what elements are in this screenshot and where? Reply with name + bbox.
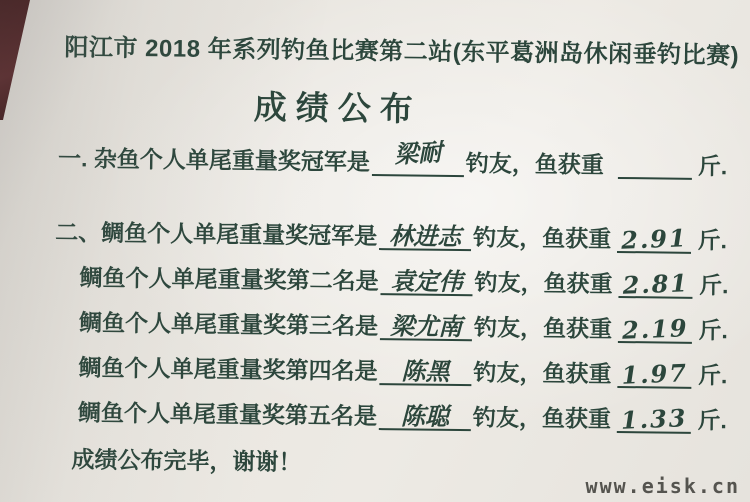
handwritten-name-underline: 陈黑 xyxy=(379,359,471,386)
closing-text: 成绩公布完毕，谢谢！ xyxy=(71,441,301,477)
result-suffix: 斤. xyxy=(697,402,727,435)
result-middle: 钓友，鱼获重 xyxy=(473,354,611,389)
handwritten-name: 陈聪 xyxy=(401,401,449,431)
result-row-bream-third: 鲷鱼个人单尾重量奖第三名是 梁尤南 钓友，鱼获重 2.19 斤. xyxy=(79,304,749,357)
handwritten-name-underline: 袁定伟 xyxy=(380,269,472,296)
paper-sheet: 阳江市 2018 年系列钓鱼比赛第二站(东平葛洲岛休闲垂钓比赛) 成绩公布 一.… xyxy=(0,0,750,502)
handwritten-weight: 2.91 xyxy=(621,226,688,253)
result-row-bream-fourth: 鲷鱼个人单尾重量奖第四名是 陈黑 钓友，鱼获重 1.97 斤. xyxy=(78,349,748,402)
result-suffix: 斤. xyxy=(698,312,728,345)
handwritten-name: 袁定伟 xyxy=(390,266,462,296)
handwritten-weight-underline: 1.97 xyxy=(617,362,692,389)
result-suffix: 斤. xyxy=(698,357,728,390)
result-suffix: 斤. xyxy=(698,148,728,181)
watermark-url: www.eisk.cn xyxy=(586,474,740,498)
handwritten-weight-underline: 2.91 xyxy=(617,227,692,254)
result-prefix: 二、鲷鱼个人单尾重量奖冠军是 xyxy=(55,214,377,251)
result-suffix: 斤. xyxy=(699,267,729,300)
result-prefix: 一. 杂鱼个人单尾重量奖冠军是 xyxy=(58,140,370,177)
handwritten-weight: 1.33 xyxy=(621,406,688,433)
handwritten-name: 梁尤南 xyxy=(390,311,462,341)
handwritten-name-underline: 林进志 xyxy=(379,224,471,251)
handwritten-name: 梁耐 xyxy=(393,140,442,167)
result-middle: 钓友，鱼获重 xyxy=(473,399,611,434)
result-prefix: 鲷鱼个人单尾重量奖第四名是 xyxy=(78,349,377,386)
result-prefix: 鲷鱼个人单尾重量奖第五名是 xyxy=(78,394,377,431)
result-middle: 钓友，鱼获重 xyxy=(474,309,612,344)
handwritten-name: 林进志 xyxy=(389,221,461,251)
handwritten-name-underline: 梁耐 xyxy=(372,150,464,177)
result-middle: 钓友，鱼获重 xyxy=(466,145,604,180)
result-row-bream-second: 鲷鱼个人单尾重量奖第二名是 袁定伟 钓友，鱼获重 2.81 斤. xyxy=(79,259,749,312)
handwritten-name-underline: 梁尤南 xyxy=(380,314,472,341)
handwritten-weight: 2.81 xyxy=(622,271,689,298)
handwritten-weight-underline xyxy=(618,154,692,180)
result-prefix: 鲷鱼个人单尾重量奖第三名是 xyxy=(79,304,378,341)
handwritten-name-underline: 陈聪 xyxy=(379,404,471,431)
result-prefix: 鲷鱼个人单尾重量奖第二名是 xyxy=(79,259,378,296)
handwritten-name: 陈黑 xyxy=(401,356,449,386)
handwritten-weight-underline: 2.81 xyxy=(618,272,693,299)
document-subtitle: 成绩公布 xyxy=(2,78,675,133)
document-title: 阳江市 2018 年系列钓鱼比赛第二站(东平葛洲岛休闲垂钓比赛) xyxy=(64,27,722,70)
result-row-bream-fifth: 鲷鱼个人单尾重量奖第五名是 陈聪 钓友，鱼获重 1.33 斤. xyxy=(78,394,748,447)
handwritten-weight: 2.19 xyxy=(622,316,689,343)
handwritten-weight-underline: 1.33 xyxy=(617,407,692,434)
results-list: 一. 杂鱼个人单尾重量奖冠军是 梁耐 钓友，鱼获重 斤. 二、鲷鱼个人单尾重量奖… xyxy=(0,139,750,494)
photo-of-document: 阳江市 2018 年系列钓鱼比赛第二站(东平葛洲岛休闲垂钓比赛) 成绩公布 一.… xyxy=(0,0,750,502)
result-row-misc-champion: 一. 杂鱼个人单尾重量奖冠军是 梁耐 钓友，鱼获重 斤. xyxy=(58,140,750,200)
result-suffix: 斤. xyxy=(697,222,727,255)
handwritten-weight: 1.97 xyxy=(621,361,688,388)
handwritten-weight-underline: 2.19 xyxy=(618,317,693,344)
result-middle: 钓友，鱼获重 xyxy=(474,264,612,299)
result-middle: 钓友，鱼获重 xyxy=(473,219,611,254)
